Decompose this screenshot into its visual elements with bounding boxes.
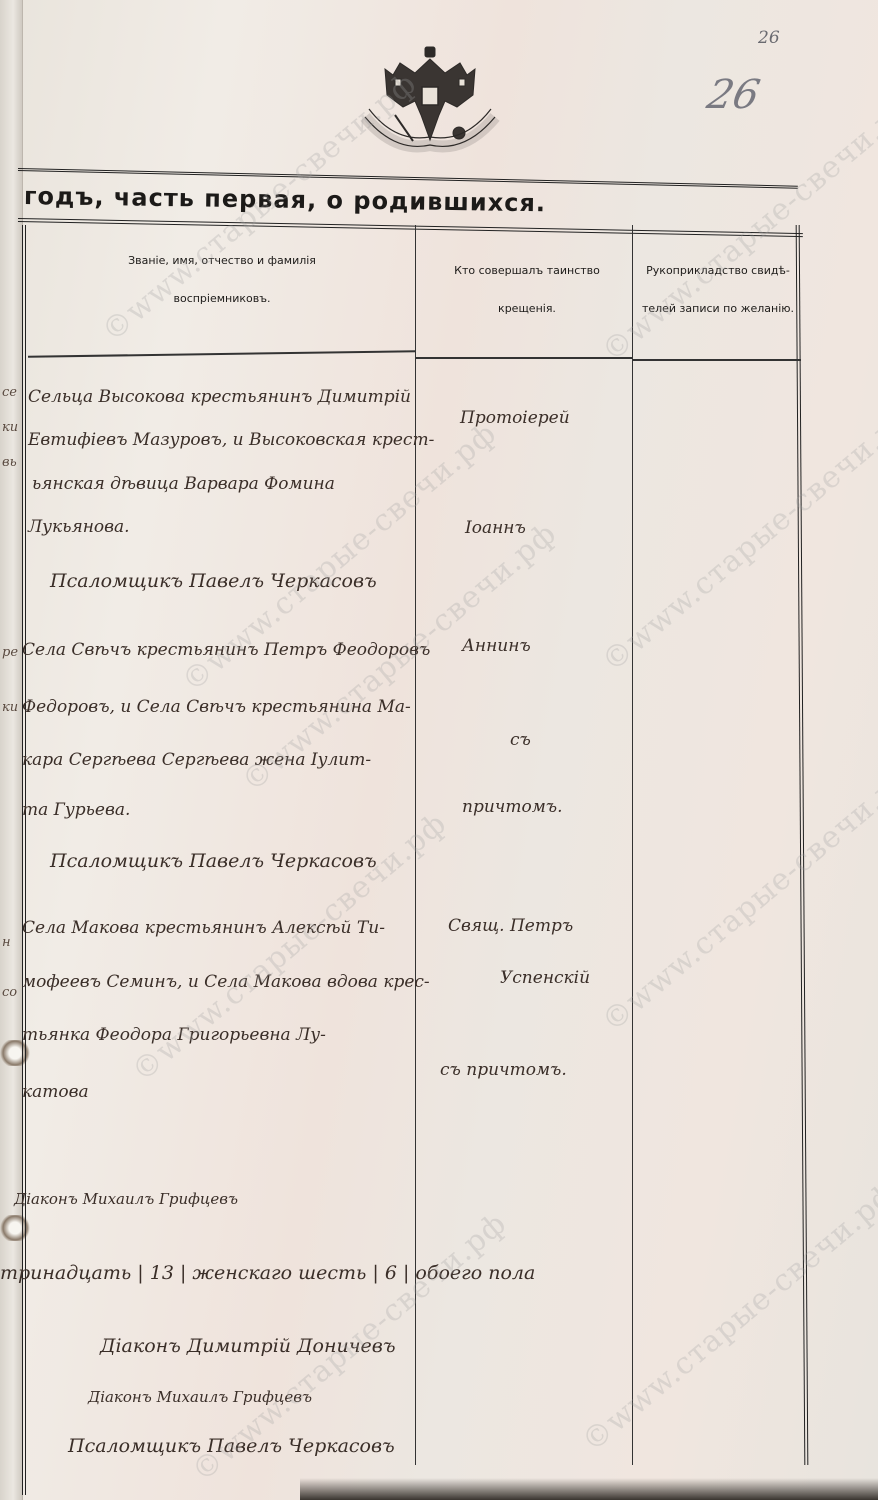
godparent-line: кара Сергѣева Сергѣева жена Іулит- — [22, 750, 371, 770]
officiant-line: Іоаннъ — [465, 518, 526, 538]
table-left-border — [22, 225, 26, 1495]
page-shadow — [300, 1478, 878, 1500]
signature-1: Діаконъ Димитрій Доничевъ — [100, 1335, 395, 1357]
godparent-line: ьянская дѣвица Варвара Фомина — [32, 474, 335, 494]
margin-fragment: ре — [2, 645, 18, 660]
folio-number-small: 26 — [758, 28, 780, 48]
officiant-line: Успенскій — [500, 968, 590, 988]
officiant-line: причтомъ. — [462, 797, 563, 817]
imperial-eagle-crest-icon: Московской Синодальной Типографии — [355, 45, 505, 165]
psalmist-signature: Псаломщикъ Павелъ Черкасовъ — [50, 570, 377, 592]
deacon-note: Діаконъ Михаилъ Грифцевъ — [14, 1190, 238, 1208]
header-performed-by: Кто совершалъ таинство крещенія. — [427, 257, 627, 323]
margin-fragment: со — [2, 985, 17, 1000]
godparent-line: Сельца Высокова крестьянинъ Димитрій — [28, 387, 411, 407]
officiant-line: Аннинъ — [462, 636, 531, 656]
officiant-line: съ причтомъ. — [440, 1060, 567, 1080]
officiant-line: съ — [510, 730, 531, 750]
margin-fragment: вь — [2, 455, 17, 470]
column-divider — [632, 225, 633, 1465]
signature-3: Псаломщикъ Павелъ Черкасовъ — [68, 1435, 395, 1457]
page-title: годъ, часть первая, о родившихся. — [24, 182, 546, 217]
header-bottom-rule — [633, 359, 801, 361]
godparent-line: тьянка Феодора Григорьевна Лу- — [22, 1025, 326, 1045]
godparent-line: Лукьянова. — [28, 517, 130, 537]
godparent-line: Села Макова крестьянинъ Алексѣй Ти- — [22, 918, 385, 938]
godparent-line: мофеевъ Семинъ, и Села Макова вдова крес… — [22, 972, 430, 992]
godparent-line: Федоровъ, и Села Свѣчъ крестьянина Ма- — [22, 697, 411, 717]
header-witness-signatures: Рукоприкладство свидѣ- телей записи по ж… — [634, 257, 802, 323]
margin-fragment: ки — [2, 420, 18, 435]
godparent-line: та Гурьева. — [22, 800, 130, 820]
officiant-line: Протоіерей — [460, 408, 570, 428]
birth-count-summary: тринадцать | 13 | женскаго шесть | 6 | о… — [0, 1262, 535, 1284]
officiant-line: Свящ. Петръ — [448, 916, 573, 936]
header-godparents: Званіе, имя, отчество и фамилія воспріем… — [42, 247, 402, 313]
psalmist-signature: Псаломщикъ Павелъ Черкасовъ — [50, 850, 377, 872]
margin-fragment: н — [2, 935, 11, 950]
table-right-border — [796, 225, 809, 1465]
godparent-line: Евтифіевъ Мазуровъ, и Высоковская крест- — [28, 430, 434, 450]
godparent-line: Села Свѣчъ крестьянинъ Петръ Феодоровъ — [22, 640, 430, 660]
header-bottom-rule — [416, 357, 632, 359]
folio-number-large: 26 — [703, 72, 764, 118]
margin-fragment: се — [2, 385, 17, 400]
godparent-line: катова — [22, 1082, 89, 1102]
margin-fragment: ки — [2, 700, 18, 715]
header-bottom-rule — [28, 350, 416, 357]
signature-2: Діаконъ Михаилъ Грифцевъ — [88, 1388, 312, 1406]
